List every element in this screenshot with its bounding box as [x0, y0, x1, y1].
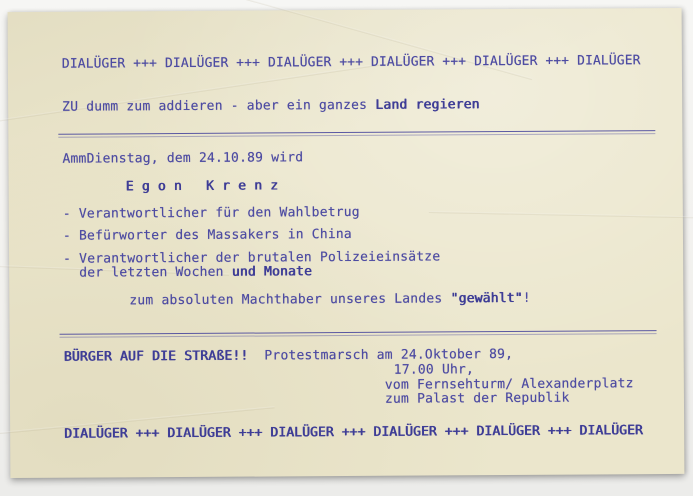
- name-line: E g o n K r e n z: [126, 178, 279, 194]
- slogan-line: ZU dumm zum addieren - aber ein ganzes L…: [62, 97, 479, 115]
- scanned-flyer: DIALÜGER +++ DIALÜGER +++ DIALÜGER +++ D…: [0, 0, 693, 496]
- conclusion-text-end: !: [523, 291, 531, 306]
- charge-item: - Verantwortlicher für den Wahlbetrug: [63, 205, 360, 222]
- slogan-text-bold: Land regieren: [375, 97, 479, 113]
- announcement-line: AmmDienstag, dem 24.10.89 wird: [62, 150, 303, 166]
- ticker-line-top: DIALÜGER +++ DIALÜGER +++ DIALÜGER +++ D…: [62, 53, 641, 72]
- conclusion-text-bold: "gewählt": [450, 291, 522, 306]
- charge-item: - Befürworter des Massakers in China: [63, 227, 352, 244]
- slogan-text: ZU dumm zum addieren - aber ein ganzes: [62, 98, 375, 115]
- charge-cont-text: der letzten Wochen: [79, 265, 232, 281]
- flyer-paper: DIALÜGER +++ DIALÜGER +++ DIALÜGER +++ D…: [8, 8, 685, 478]
- charge-item-continuation: der letzten Wochen und Monate: [79, 264, 312, 280]
- call-to-action-bold: BÜRGER AUF DIE STRAßE!!: [64, 349, 249, 365]
- divider-rule-top: [58, 130, 655, 138]
- paper-crease: [429, 211, 693, 218]
- call-to-action-rest: Protestmarsch am 24.Oktober 89,: [248, 347, 513, 364]
- divider-rule-bottom: [60, 330, 657, 338]
- march-detail-end: zum Palast der Republik: [385, 391, 570, 407]
- conclusion-text: zum absoluten Machthaber unseres Landes: [129, 291, 450, 308]
- march-detail-time: 17.00 Uhr,: [394, 362, 474, 377]
- ticker-line-bottom: DIALÜGER +++ DIALÜGER +++ DIALÜGER +++ D…: [64, 423, 643, 442]
- charge-cont-text-bold: und Monate: [232, 264, 312, 279]
- conclusion-line: zum absoluten Machthaber unseres Landes …: [129, 291, 530, 308]
